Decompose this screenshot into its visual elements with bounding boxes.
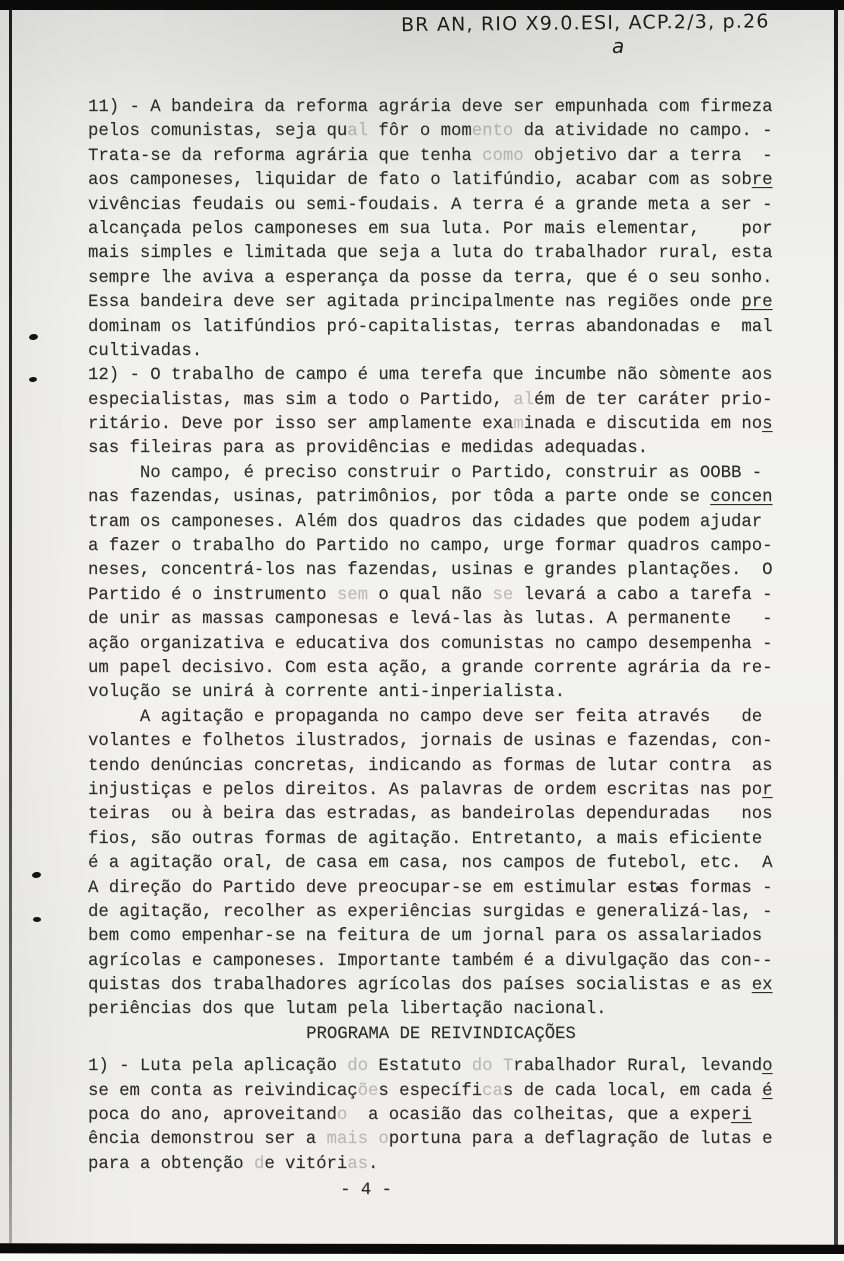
text-run: volantes e folhetos ilustrados, jornais … — [88, 732, 772, 751]
text-line: sas fileiras para as providências e medi… — [88, 437, 794, 461]
text-line: cultivadas. — [88, 340, 794, 364]
text-line: periências dos que lutam pela libertação… — [88, 998, 794, 1022]
text-run: PROGRAMA DE REIVINDICAÇÕES — [306, 1025, 576, 1044]
text-run: pelos comunistas, seja qu — [88, 122, 347, 141]
faded-text: ento — [472, 122, 513, 141]
text-line: ência demonstrou ser a mais oportuna par… — [88, 1128, 794, 1152]
text-run: de agitação, recolher as experiências su… — [88, 903, 772, 922]
text-line: pelos comunistas, seja qual fôr o moment… — [88, 120, 794, 144]
scan-left-edge — [9, 9, 12, 1245]
text-line: especialistas, mas sim a todo o Partido,… — [88, 389, 794, 413]
text-line: para a obtenção de vitórias. — [88, 1153, 794, 1177]
faded-text: como — [482, 147, 523, 166]
faded-text: o — [337, 1106, 358, 1125]
faded-text: mais o — [327, 1130, 389, 1149]
text-run: e vitóri — [264, 1155, 347, 1174]
text-run: tendo denúncias concretas, indicando as … — [88, 757, 772, 776]
text-line: 11) - A bandeira da reforma agrária deve… — [88, 96, 794, 120]
text-line: de agitação, recolher as experiências su… — [88, 901, 794, 925]
underlined-syllable: é — [762, 1082, 772, 1101]
text-run: o qual não — [368, 586, 492, 605]
margin-ink-mark — [29, 377, 37, 383]
text-line: agrícolas e camponeses. Importante també… — [88, 950, 794, 974]
text-line: A agitação e propaganda no campo deve se… — [88, 706, 794, 730]
text-line: vivências feudais ou semi-foudais. A ter… — [88, 194, 794, 218]
text-line: um papel decisivo. Com esta ação, a gran… — [88, 657, 794, 681]
text-run: mais simples e limitada que seja a luta … — [88, 244, 772, 263]
faded-text: sem — [337, 586, 368, 605]
faded-text: do — [347, 1057, 368, 1076]
text-line: ritário. Deve por isso ser amplamente ex… — [88, 413, 794, 437]
margin-ink-mark — [33, 917, 41, 922]
underlined-syllable: re — [752, 171, 773, 190]
faded-text: ca — [482, 1082, 503, 1101]
text-run: injustiças e pelos direitos. As palavras… — [88, 781, 762, 800]
text-line: é a agitação oral, de casa em casa, nos … — [88, 852, 794, 876]
text-line: dominam os latifúndios pró-capitalistas,… — [88, 316, 794, 340]
text-run: alcançada pelos camponeses em sua luta. … — [88, 220, 772, 239]
underlined-syllable: pre — [741, 293, 772, 312]
archive-reference: BR AN, RIO X9.0.ESI, ACP.2/3, p.26 — [401, 10, 821, 36]
text-run: de unir as massas camponesas e levá-las … — [88, 610, 772, 629]
text-line: mais simples e limitada que seja a luta … — [88, 242, 794, 266]
document-text: 11) - A bandeira da reforma agrária deve… — [88, 96, 794, 1177]
text-line: neses, concentrá-los nas fazendas, usina… — [88, 559, 794, 583]
text-line: A direção do Partido deve preocupar-se e… — [88, 877, 794, 901]
scan-right-edge — [834, 9, 838, 1245]
text-run: é a agitação oral, de casa em casa, nos … — [88, 854, 772, 873]
text-run: Essa bandeira deve ser agitada principal… — [88, 293, 741, 312]
document-page: BR AN, RIO X9.0.ESI, ACP.2/3, p.26 a 11)… — [0, 0, 844, 1261]
section-heading: PROGRAMA DE REIVINDICAÇÕES — [88, 1023, 794, 1047]
text-run: ação organizativa e educativa dos comuni… — [88, 635, 772, 654]
text-line: volantes e folhetos ilustrados, jornais … — [88, 730, 794, 754]
text-run: 12) - O trabalho de campo é uma terefa q… — [88, 366, 772, 385]
text-run: aos camponeses, liquidar de fato o latif… — [88, 171, 752, 190]
text-run: 1) - Luta pela aplicação — [88, 1057, 347, 1076]
text-run: No campo, é preciso construir o Partido,… — [88, 464, 762, 483]
faded-text: d — [254, 1155, 264, 1174]
margin-ink-mark — [29, 333, 39, 340]
text-run: A agitação e propaganda no campo deve se… — [88, 708, 762, 727]
margin-ink-mark — [32, 871, 42, 878]
faded-text: õe — [358, 1082, 379, 1101]
underlined-syllable: s — [762, 415, 772, 434]
text-run: ritário. Deve por isso ser amplamente ex… — [88, 415, 513, 434]
text-run: agrícolas e camponeses. Importante també… — [88, 952, 772, 971]
text-run: portuna para a deflagração de lutas e — [389, 1130, 773, 1149]
scan-top-edge — [0, 0, 844, 10]
text-run: ência demonstrou ser a — [88, 1130, 327, 1149]
text-line: sempre lhe aviva a esperança da posse da… — [88, 267, 794, 291]
text-run: periências dos que lutam pela libertação… — [88, 1000, 607, 1019]
faded-text: al — [513, 391, 534, 410]
text-line: poca do ano, aproveitando a ocasião das … — [88, 1104, 794, 1128]
text-run: a fazer o trabalho do Partido no campo, … — [88, 537, 772, 556]
underlined-syllable: r — [762, 781, 772, 800]
text-run: poca do ano, aproveitand — [88, 1106, 337, 1125]
text-line: Trata-se da reforma agrária que tenha co… — [88, 145, 794, 169]
underlined-syllable: ri — [731, 1106, 752, 1125]
text-run: Trata-se da reforma agrária que tenha — [88, 147, 482, 166]
text-run: 11) - A bandeira da reforma agrária deve… — [88, 98, 772, 117]
faded-text: se — [492, 586, 513, 605]
text-run: sempre lhe aviva a esperança da posse da… — [88, 269, 772, 288]
text-line: alcançada pelos camponeses em sua luta. … — [88, 218, 794, 242]
text-run: neses, concentrá-los nas fazendas, usina… — [88, 561, 772, 580]
text-run: fôr o mom — [368, 122, 472, 141]
text-run: da atividade no campo. - — [513, 122, 772, 141]
text-run: s de cada local, em cada — [503, 1082, 762, 1101]
text-run: inada e discutida em no — [524, 415, 763, 434]
text-run: quistas dos trabalhadores agrícolas dos … — [88, 976, 752, 995]
text-line: Essa bandeira deve ser agitada principal… — [88, 291, 794, 315]
text-run: volução se unirá à corrente anti-inperia… — [88, 683, 565, 702]
text-line: Partido é o instrumento sem o qual não s… — [88, 584, 794, 608]
text-run: teiras ou à beira das estradas, as bande… — [88, 805, 772, 824]
text-run: ém de ter caráter prio- — [534, 391, 773, 410]
text-line: bem como empenhar-se na feitura de um jo… — [88, 925, 794, 949]
text-line: volução se unirá à corrente anti-inperia… — [88, 681, 794, 705]
text-line: 12) - O trabalho de campo é uma terefa q… — [88, 364, 794, 388]
text-line: ação organizativa e educativa dos comuni… — [88, 633, 794, 657]
text-run: especialistas, mas sim a todo o Partido, — [88, 391, 513, 410]
text-line: No campo, é preciso construir o Partido,… — [88, 462, 794, 486]
text-run: sas fileiras para as providências e medi… — [88, 439, 648, 458]
text-run: levará a cabo a tarefa - — [513, 586, 772, 605]
text-run: . — [368, 1155, 378, 1174]
text-run: A direção do Partido deve preocupar-se e… — [88, 879, 772, 898]
text-run: se em conta as reivindicaç — [88, 1082, 358, 1101]
text-run: para a obtenção — [88, 1155, 254, 1174]
text-line: quistas dos trabalhadores agrícolas dos … — [88, 974, 794, 998]
text-run: objetivo dar a terra - — [524, 147, 773, 166]
text-run: vivências feudais ou semi-foudais. A ter… — [88, 196, 772, 215]
text-line: injustiças e pelos direitos. As palavras… — [88, 779, 794, 803]
ink-speck — [656, 886, 661, 891]
text-run: fios, são outras formas de agitação. Ent… — [88, 830, 762, 849]
text-run: Estatuto — [368, 1057, 472, 1076]
text-run: um papel decisivo. Com esta ação, a gran… — [88, 659, 772, 678]
text-run: tram os camponeses. Além dos quadros das… — [88, 513, 762, 532]
text-run: nas fazendas, usinas, patrimônios, por t… — [88, 488, 710, 507]
text-line: nas fazendas, usinas, patrimônios, por t… — [88, 486, 794, 510]
faded-text: as — [347, 1155, 368, 1174]
text-run: bem como empenhar-se na feitura de um jo… — [88, 927, 762, 946]
underlined-syllable: o — [762, 1057, 772, 1076]
text-run: a ocasião das colheitas, que a expe — [358, 1106, 731, 1125]
underlined-syllable: concen — [710, 488, 772, 507]
text-run: s específi — [378, 1082, 482, 1101]
text-run: rabalhador Rural, levand — [513, 1057, 762, 1076]
text-line: aos camponeses, liquidar de fato o latif… — [88, 169, 794, 193]
text-line: tendo denúncias concretas, indicando as … — [88, 755, 794, 779]
faded-text: al — [347, 122, 368, 141]
text-line: a fazer o trabalho do Partido no campo, … — [88, 535, 794, 559]
text-run: Partido é o instrumento — [88, 586, 337, 605]
text-line: 1) - Luta pela aplicação do Estatuto do … — [88, 1055, 794, 1079]
text-line: teiras ou à beira das estradas, as bande… — [88, 803, 794, 827]
annotation-letter: a — [612, 34, 624, 58]
text-line: tram os camponeses. Além dos quadros das… — [88, 511, 794, 535]
text-line: fios, são outras formas de agitação. Ent… — [88, 828, 794, 852]
text-line: se em conta as reivindicações específica… — [88, 1080, 794, 1104]
underlined-syllable: ex — [752, 976, 773, 995]
text-run: dominam os latifúndios pró-capitalistas,… — [88, 318, 772, 337]
text-run: cultivadas. — [88, 342, 202, 361]
scan-bottom-strip — [0, 1254, 844, 1261]
text-line: de unir as massas camponesas e levá-las … — [88, 608, 794, 632]
faded-text: m — [513, 415, 523, 434]
page-number: - 4 - — [88, 1181, 644, 1200]
faded-text: do T — [472, 1057, 513, 1076]
